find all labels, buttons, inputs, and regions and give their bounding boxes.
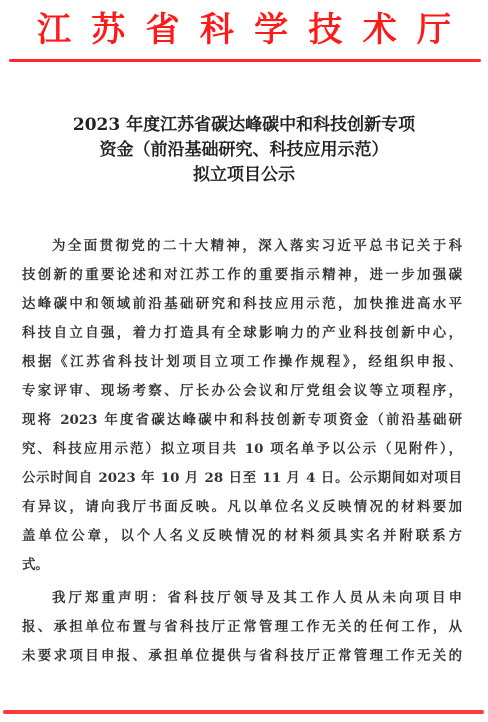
text-line: 科技自立自强，着力打造具有全球影响力的产业科技创新中心， — [22, 319, 462, 348]
text-line: 公示时间自 2023 年 10 月 28 日至 11 月 4 日。公示期间如对项… — [22, 464, 462, 493]
title-line: 资金（前沿基础研究、科技应用示范） — [20, 138, 468, 163]
masthead-char: 厅 — [414, 10, 454, 50]
masthead-char: 技 — [305, 10, 345, 50]
text-line: 未要求项目申报、承担单位提供与省科技厅正常管理工作无关的 — [22, 642, 462, 671]
text-line: 究、科技应用示范）拟立项目共 10 项名单予以公示（见附件）， — [22, 435, 462, 464]
document-body: 为全面贯彻党的二十大精神，深入落实习近平总书记关于科 技创新的重要论述和对江苏工… — [22, 232, 462, 671]
masthead-char: 学 — [251, 10, 291, 50]
masthead-char: 术 — [360, 10, 400, 50]
text-line: 专家评审、现场考察、厅长办公会议和厅党组会议等立项程序， — [22, 377, 462, 406]
title-line: 2023 年度江苏省碳达峰碳中和科技创新专项 — [20, 113, 468, 138]
text-line: 现将 2023 年度省碳达峰碳中和科技创新专项资金（前沿基础研 — [22, 406, 462, 435]
text-line: 式。 — [22, 551, 462, 580]
text-line: 我厅郑重声明：省科技厅领导及其工作人员从未向项目申 — [22, 584, 462, 613]
document-title: 2023 年度江苏省碳达峰碳中和科技创新专项 资金（前沿基础研究、科技应用示范）… — [20, 113, 468, 188]
text-line: 报、承担单位布置与省科技厅正常管理工作无关的任何工作，从 — [22, 613, 462, 642]
masthead-char: 苏 — [88, 10, 128, 50]
text-line: 达峰碳中和领域前沿基础研究和科技应用示范，加快推进高水平 — [22, 290, 462, 319]
masthead-char: 省 — [143, 10, 183, 50]
paragraph-declaration: 我厅郑重声明：省科技厅领导及其工作人员从未向项目申 报、承担单位布置与省科技厅正… — [22, 584, 462, 671]
text-line: 为全面贯彻党的二十大精神，深入落实习近平总书记关于科 — [22, 232, 462, 261]
text-line: 有异议，请向我厅书面反映。凡以单位名义反映情况的材料要加 — [22, 493, 462, 522]
masthead-char: 科 — [197, 10, 237, 50]
title-line: 拟立项目公示 — [20, 163, 468, 188]
masthead-char: 江 — [34, 10, 74, 50]
masthead: 江 苏 省 科 学 技 术 厅 — [0, 0, 488, 66]
text-line: 根据《江苏省科技计划项目立项工作操作规程》，经组织申报、 — [22, 348, 462, 377]
footer-red-divider — [3, 710, 484, 714]
masthead-red-divider — [9, 59, 481, 62]
paragraph-announcement: 为全面贯彻党的二十大精神，深入落实习近平总书记关于科 技创新的重要论述和对江苏工… — [22, 232, 462, 580]
masthead-title: 江 苏 省 科 学 技 术 厅 — [34, 10, 454, 50]
text-line: 盖单位公章，以个人名义反映情况的材料须具实名并附联系方 — [22, 522, 462, 551]
text-line: 技创新的重要论述和对江苏工作的重要指示精神，进一步加强碳 — [22, 261, 462, 290]
